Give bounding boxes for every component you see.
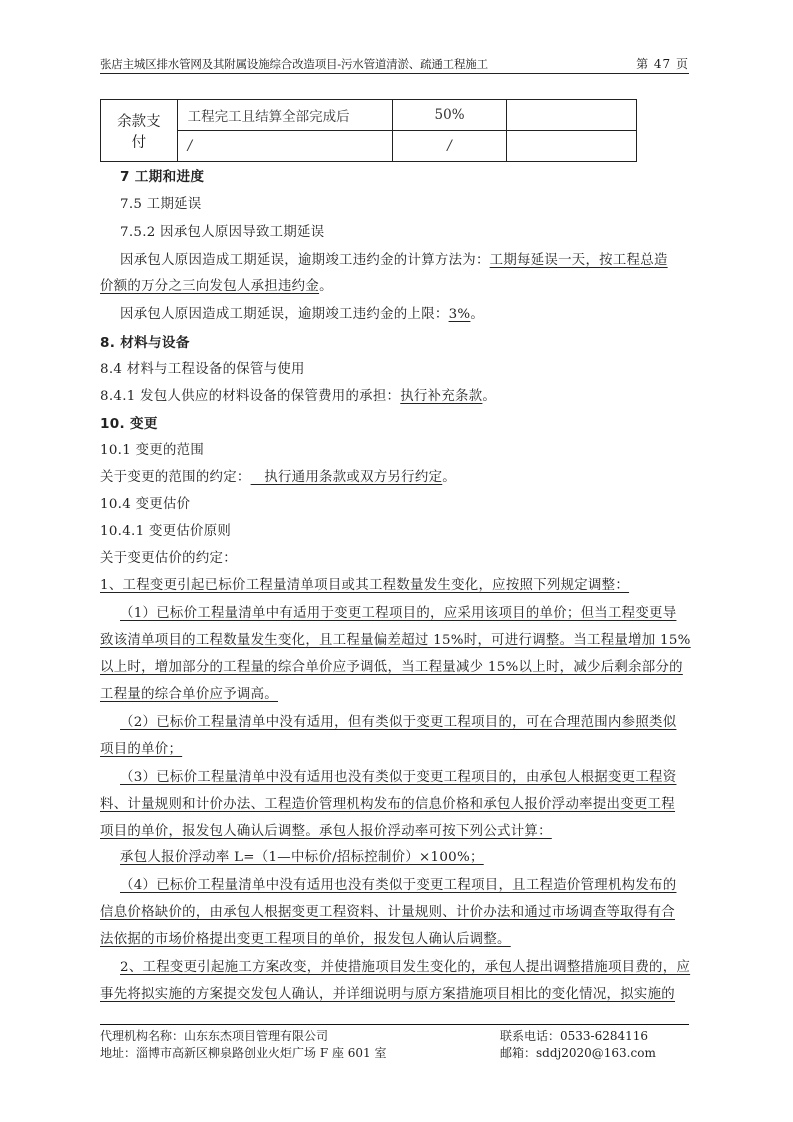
rule-1-item-2-line: 项目的单价； <box>100 738 182 757</box>
rule-1-item-1-line: 致该清单项目的工程数量发生变化，且工程量偏差超过 15%时，可进行调整。当工程量… <box>100 629 691 648</box>
rule-1-item-3-line: 料、计量规则和计价办法、工程造价管理机构发布的信息价格和承包人报价浮动率提出变更… <box>100 793 675 812</box>
section-heading-7: 7 工期和进度 <box>120 165 204 185</box>
rule-1-item-4-line: 法依据的市场价格提出变更工程项目的单价，报发包人确认后调整。 <box>100 928 511 947</box>
rule-1-item-3-line: （3）已标价工程量清单中没有适用也没有类似于变更工程项目的，由承包人根据变更工程… <box>120 766 676 785</box>
contact-phone: 联系电话：0533-6284116 <box>500 1027 648 1044</box>
contact-email: 邮箱：sddj2020@163.com <box>500 1044 656 1061</box>
document-title: 张店主城区排水管网及其附属设施综合改造项目-污水管道清淤、疏通工程施工 <box>100 57 488 72</box>
paragraph-delay-method: 因承包人原因造成工期延误，逾期竣工违约金的计算方法为：工期每延误一天，按工程总造 <box>120 249 668 268</box>
payment-condition: / <box>177 131 393 162</box>
payment-note <box>506 131 636 162</box>
payment-percent: / <box>393 131 507 162</box>
rule-1-item-1-line: （1）已标价工程量清单中有适用于变更工程项目的，应采用该项目的单价；但当工程变更… <box>120 602 676 621</box>
filled-value: 执行补充条款 <box>400 389 482 404</box>
payment-label: 余款支付 <box>101 100 178 162</box>
paragraph-text: 8.4.1 发包人供应的材料设备的保管费用的承担： <box>100 389 400 404</box>
payment-note <box>506 100 636 131</box>
page-header: 张店主城区排水管网及其附属设施综合改造项目-污水管道清淤、疏通工程施工 第 47… <box>100 56 689 74</box>
subsection-10-4: 10.4 变更估价 <box>100 493 190 512</box>
table-row: 余款支付 工程完工且结算全部完成后 50% <box>101 100 637 131</box>
paragraph-change-scope: 关于变更的范围的约定： 执行通用条款或双方另行约定。 <box>100 466 456 485</box>
page-footer: 代理机构名称：山东东杰项目管理有限公司 地址：淄博市高新区柳泉路创业火炬广场 F… <box>100 1024 689 1025</box>
subsection-10-4-1: 10.4.1 变更估价原则 <box>100 520 231 539</box>
punctuation: 。 <box>442 470 456 485</box>
agency-address: 地址：淄博市高新区柳泉路创业火炬广场 F 座 601 室 <box>100 1044 387 1061</box>
page-number: 第 47 页 <box>636 57 689 72</box>
paragraph-valuation-intro: 关于变更估价的约定： <box>100 547 237 566</box>
filled-value: 工期每延误一天，按工程总造 <box>490 253 668 268</box>
rule-1-item-4-line: （4）已标价工程量清单中没有适用也没有类似于变更工程项目，且工程造价管理机构发布… <box>120 874 676 893</box>
punctuation: 。 <box>319 279 333 294</box>
section-heading-10: 10. 变更 <box>100 412 158 432</box>
valuation-rule-1: 1、工程变更引起已标价工程量清单项目或其工程数量发生变化，应按照下列规定调整： <box>100 574 629 593</box>
subsection-8-4: 8.4 材料与工程设备的保管与使用 <box>100 358 305 377</box>
paragraph-text: 因承包人原因造成工期延误，逾期竣工违约金的计算方法为： <box>120 253 490 268</box>
paragraph-text: 关于变更的范围的约定： <box>100 470 251 485</box>
payment-table: 余款支付 工程完工且结算全部完成后 50% / / <box>100 99 637 162</box>
payment-percent: 50% <box>393 100 507 131</box>
rule-1-item-4-line: 信息价格缺价的，由承包人根据变更工程资料、计量规则、计价办法和通过市场调查等取得… <box>100 901 675 920</box>
filled-value: 价额的万分之三向发包人承担违约金 <box>100 279 319 294</box>
rule-1-item-1-line: 以上时，增加部分的工程量的综合单价应予调低，当工程量减少 15%以上时，减少后剩… <box>100 656 683 675</box>
rule-1-item-2-line: （2）已标价工程量清单中没有适用，但有类似于变更工程项目的，可在合理范围内参照类… <box>120 711 676 730</box>
paragraph-text: 因承包人原因造成工期延误，逾期竣工违约金的上限： <box>120 307 449 322</box>
filled-value: 执行通用条款或双方另行约定 <box>251 470 443 485</box>
payment-condition: 工程完工且结算全部完成后 <box>177 100 393 131</box>
valuation-rule-2-line: 2、工程变更引起施工方案改变，并使措施项目发生变化的，承包人提出调整措施项目费的… <box>120 956 690 975</box>
valuation-rule-2-line: 事先将拟实施的方案提交发包人确认，并详细说明与原方案措施项目相比的变化情况，拟实… <box>100 983 675 1002</box>
subsection-7-5-2: 7.5.2 因承包人原因导致工期延误 <box>120 221 324 240</box>
paragraph-delay-cap: 因承包人原因造成工期延误，逾期竣工违约金的上限：3%。 <box>120 303 484 322</box>
table-row: / / <box>101 131 637 162</box>
section-heading-8: 8. 材料与设备 <box>100 331 190 351</box>
rule-1-item-1-line: 工程量的综合单价应予调高。 <box>100 683 278 702</box>
paragraph-delay-method-cont: 价额的万分之三向发包人承担违约金。 <box>100 275 333 294</box>
punctuation: 。 <box>470 307 484 322</box>
agency-name: 代理机构名称：山东东杰项目管理有限公司 <box>100 1027 328 1044</box>
subsection-10-1: 10.1 变更的范围 <box>100 439 204 458</box>
filled-value: 3% <box>449 307 471 322</box>
float-rate-formula: 承包人报价浮动率 L=（1—中标价/招标控制价）×100%； <box>120 846 484 865</box>
subsection-8-4-1: 8.4.1 发包人供应的材料设备的保管费用的承担：执行补充条款。 <box>100 385 496 404</box>
rule-1-item-3-line: 项目的单价，报发包人确认后调整。承包人报价浮动率可按下列公式计算： <box>100 820 552 839</box>
subsection-7-5: 7.5 工期延误 <box>120 193 202 212</box>
punctuation: 。 <box>482 389 496 404</box>
